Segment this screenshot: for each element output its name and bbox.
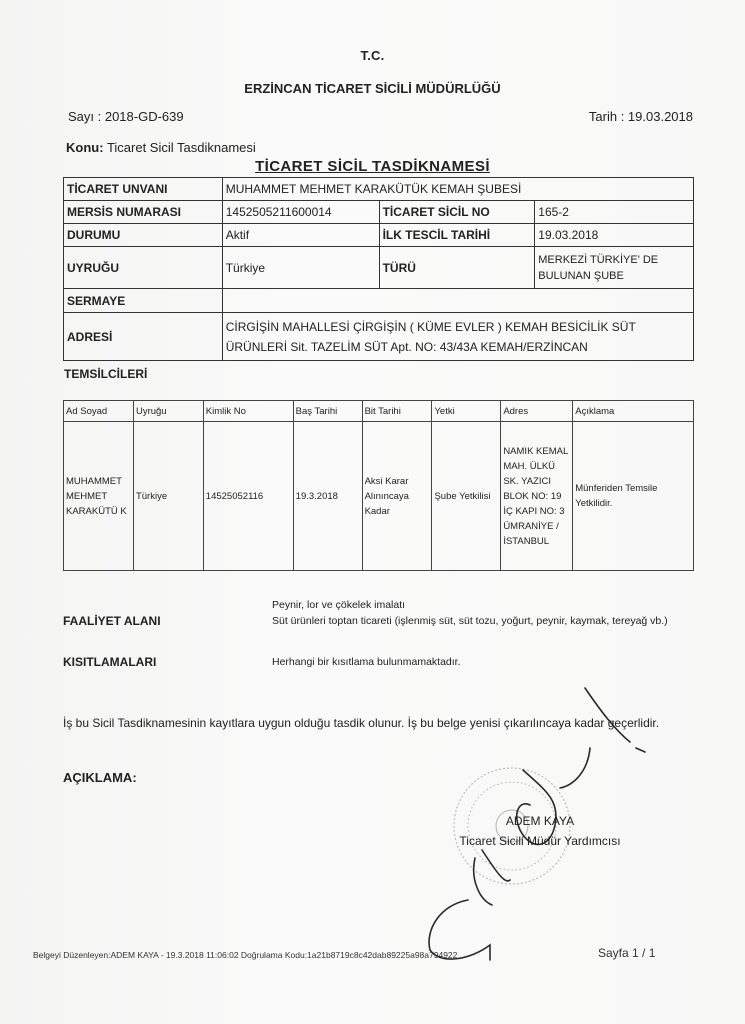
value-ilk-tescil: 19.03.2018 [535,224,694,247]
certification-text: İş bu Sicil Tasdiknamesinin kayıtlara uy… [63,713,683,734]
page-number: Sayfa 1 / 1 [598,946,655,960]
label-ticaret-unvani: TİCARET UNVANI [64,178,223,201]
cell-bas-tarihi: 19.3.2018 [293,422,362,571]
document-date: Tarih : 19.03.2018 [589,109,693,124]
value-turu: MERKEZİ TÜRKİYE' DE BULUNAN ŞUBE [535,247,694,289]
col-uyrugu: Uyruğu [133,401,203,422]
representatives-table: Ad Soyad Uyruğu Kimlik No Baş Tarihi Bit… [63,400,694,571]
subject-value: Ticaret Sicil Tasdiknamesi [107,140,256,155]
col-aciklama: Açıklama [573,401,694,422]
label-adres: ADRESİ [64,313,223,361]
signatory-name: ADEM KAYA [470,814,610,828]
row-durumu: DURUMU Aktif İLK TESCİL TARİHİ 19.03.201… [64,224,694,247]
restrictions-label: KISITLAMALARI [63,655,156,669]
header-organization: ERZİNCAN TİCARET SİCİLİ MÜDÜRLÜĞÜ [0,81,745,96]
value-durumu: Aktif [222,224,379,247]
cell-yetki: Şube Yetkilisi [432,422,501,571]
label-ilk-tescil: İLK TESCİL TARİHİ [379,224,535,247]
document-title: TİCARET SİCİL TASDİKNAMESİ [0,158,745,175]
subject-line: Konu: Ticaret Sicil Tasdiknamesi [66,140,256,155]
row-uyrugu: UYRUĞU Türkiye TÜRÜ MERKEZİ TÜRKİYE' DE … [64,247,694,289]
label-sicil-no: TİCARET SİCİL NO [379,201,535,224]
activity-label: FAALİYET ALANI [63,614,161,628]
value-mersis: 1452505211600014 [222,201,379,224]
activity-line: Peynir, lor ve çökelek imalatı [272,597,672,613]
company-info-table: TİCARET UNVANI MUHAMMET MEHMET KARAKÜTÜK… [63,177,694,361]
col-bas-tarihi: Baş Tarihi [293,401,362,422]
value-uyrugu: Türkiye [222,247,379,289]
table-row: MUHAMMET MEHMET KARAKÜTÜ K Türkiye 14525… [64,422,694,571]
cell-aciklama: Münferiden Temsile Yetkilidir. [573,422,694,571]
footer-verification: Belgeyi Düzenleyen:ADEM KAYA - 19.3.2018… [33,950,457,960]
col-ad-soyad: Ad Soyad [64,401,134,422]
representatives-header-row: Ad Soyad Uyruğu Kimlik No Baş Tarihi Bit… [64,401,694,422]
row-mersis: MERSİS NUMARASI 1452505211600014 TİCARET… [64,201,694,224]
col-adres: Adres [501,401,573,422]
representatives-heading: TEMSİLCİLERİ [64,367,147,381]
explanation-label: AÇIKLAMA: [63,770,137,785]
value-sermaye [222,289,693,313]
label-uyrugu: UYRUĞU [64,247,223,289]
row-adres: ADRESİ CİRGİŞİN MAHALLESİ ÇİRGİŞİN ( KÜM… [64,313,694,361]
activity-values: Peynir, lor ve çökelek imalatı Süt ürünl… [272,597,672,629]
row-sermaye: SERMAYE [64,289,694,313]
signatory-title: Ticaret Sicili Müdür Yardımcısı [430,834,650,848]
cell-adres: NAMIK KEMAL MAH. ÜLKÜ SK. YAZICI BLOK NO… [501,422,573,571]
activity-line: Süt ürünleri toptan ticareti (işlenmiş s… [272,613,672,629]
document-page: T.C. ERZİNCAN TİCARET SİCİLİ MÜDÜRLÜĞÜ S… [0,0,745,1024]
cell-bit-tarihi: Aksi Karar Alınıncaya Kadar [362,422,432,571]
value-ticaret-unvani: MUHAMMET MEHMET KARAKÜTÜK KEMAH ŞUBESİ [222,178,693,201]
label-durumu: DURUMU [64,224,223,247]
label-turu: TÜRÜ [379,247,535,289]
col-kimlik-no: Kimlik No [203,401,293,422]
cell-uyrugu: Türkiye [133,422,203,571]
value-adres: CİRGİŞİN MAHALLESİ ÇİRGİŞİN ( KÜME EVLER… [222,313,693,361]
label-mersis: MERSİS NUMARASI [64,201,223,224]
cell-ad-soyad: MUHAMMET MEHMET KARAKÜTÜ K [64,422,134,571]
row-ticaret-unvani: TİCARET UNVANI MUHAMMET MEHMET KARAKÜTÜK… [64,178,694,201]
restrictions-value: Herhangi bir kısıtlama bulunmamaktadır. [272,656,461,668]
header-tc: T.C. [0,48,745,63]
col-bit-tarihi: Bit Tarihi [362,401,432,422]
cell-kimlik-no: 14525052116 [203,422,293,571]
document-number: Sayı : 2018-GD-639 [68,109,184,124]
col-yetki: Yetki [432,401,501,422]
value-sicil-no: 165-2 [535,201,694,224]
label-sermaye: SERMAYE [64,289,223,313]
subject-label: Konu: [66,140,104,155]
